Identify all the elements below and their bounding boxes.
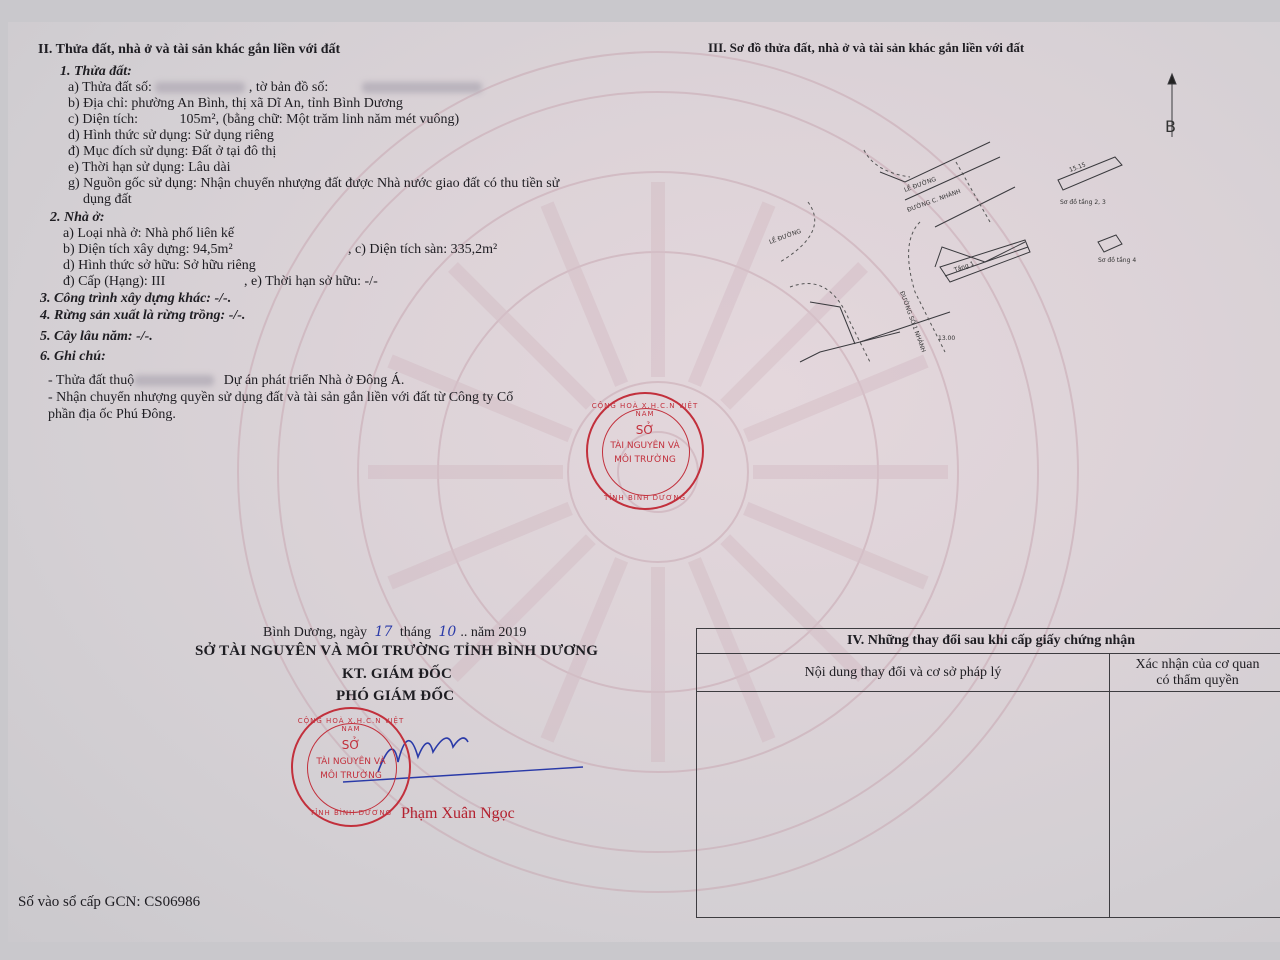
parcel-map-diagram: B Sơ đồ tầng 2, 3 Sơ đồ tầng 4 LỀ ĐƯỜNG … — [760, 62, 1200, 372]
perennial-trees: 5. Cây lâu năm: -/-. — [40, 329, 153, 345]
changes-col-confirmation: Xác nhận của cơ quan có thẩm quyền — [1110, 654, 1280, 692]
redacted-note — [134, 375, 214, 386]
floor-plan-4-label: Sơ đồ tầng 4 — [1098, 256, 1136, 264]
changes-col-content: Nội dung thay đổi và cơ sở pháp lý — [697, 654, 1110, 692]
map-sheet-label: , tờ bản đồ số: — [249, 80, 328, 95]
certificate-page: II. Thửa đất, nhà ở và tài sản khác gắn … — [8, 22, 1280, 942]
section3-title: III. Sơ đồ thửa đất, nhà ở và tài sản kh… — [708, 40, 1024, 56]
land-address: b) Địa chỉ: phường An Bình, thị xã Dĩ An… — [68, 96, 403, 112]
signer-role: PHÓ GIÁM ĐỐC — [336, 688, 454, 705]
date-month: 10 — [438, 624, 456, 640]
house-type: a) Loại nhà ở: Nhà phố liên kế — [63, 226, 234, 242]
stamp-bottom-text: TỈNH BÌNH DƯƠNG — [588, 494, 702, 502]
house-grade: đ) Cấp (Hạng): III — [63, 274, 165, 290]
other-works: 3. Công trình xây dựng khác: -/-. — [40, 291, 231, 307]
stamp2-line1: SỞ — [293, 739, 409, 752]
changes-content-cell — [697, 692, 1110, 918]
confirmation-line1: Xác nhận của cơ quan — [1111, 657, 1280, 673]
signer-kt: KT. GIÁM ĐỐC — [342, 666, 452, 683]
registry-number: Số vào sổ cấp GCN: CS06986 — [18, 894, 200, 911]
stamp2-bottom-text: TỈNH BÌNH DƯƠNG — [293, 809, 409, 817]
date-prefix: Bình Dương, ngày — [263, 625, 367, 640]
land-use-purpose: đ) Mục đích sử dụng: Đất ở tại đô thị — [68, 144, 276, 160]
note-project-post: Dự án phát triển Nhà ở Đông Á. — [224, 373, 405, 388]
land-origin: g) Nguồn gốc sử dụng: Nhận chuyển nhượng… — [68, 176, 559, 192]
planted-forest: 4. Rừng sản xuất là rừng trồng: -/-. — [40, 308, 245, 324]
note-project-pre: - Thửa đất thuộ — [48, 373, 134, 388]
map-road-v-label: ĐƯỜNG SỐ 1 NHÁNH — [898, 290, 928, 353]
parcel-label: a) Thửa đất số: — [68, 80, 152, 95]
land-heading: 1. Thửa đất: — [60, 64, 132, 80]
official-stamp-signature: CỘNG HOÀ X.H.C.N VIỆT NAM SỞ TÀI NGUYÊN … — [291, 707, 411, 827]
land-origin-cont: dụng đất — [83, 192, 132, 208]
map-dimension-label: 13.00 — [938, 335, 955, 342]
stamp-line1: SỞ — [588, 424, 702, 437]
house-ownership: d) Hình thức sở hữu: Sở hữu riêng — [63, 258, 256, 274]
house-heading: 2. Nhà ở: — [50, 210, 105, 226]
area-label: c) Diện tích: — [68, 112, 138, 127]
changes-table-title: IV. Những thay đổi sau khi cấp giấy chứn… — [697, 629, 1280, 654]
land-parcel-number: a) Thửa đất số: , tờ bản đồ số: — [68, 80, 482, 96]
signer-name: Phạm Xuân Ngọc — [401, 805, 515, 823]
house-build-area: b) Diện tích xây dựng: 94,5m² — [63, 242, 233, 258]
changes-table: IV. Những thay đổi sau khi cấp giấy chứn… — [696, 628, 1280, 918]
issue-date: Bình Dương, ngày 17 tháng 10.. năm 2019 — [263, 624, 526, 641]
date-year: năm 2019 — [471, 625, 527, 640]
stamp2-line3: MÔI TRƯỜNG — [293, 770, 409, 783]
redacted-map-sheet — [362, 82, 482, 93]
date-day: 17 — [375, 624, 393, 640]
floor-plan-2-3-label: Sơ đồ tầng 2, 3 — [1060, 198, 1106, 206]
stamp2-line2: TÀI NGUYÊN VÀ — [293, 756, 409, 769]
note-project: - Thửa đất thuộ Dự án phát triển Nhà ở Đ… — [48, 373, 404, 389]
confirmation-line2: có thẩm quyền — [1111, 673, 1280, 689]
issuing-authority: SỞ TÀI NGUYÊN VÀ MÔI TRƯỜNG TỈNH BÌNH DƯ… — [195, 643, 598, 660]
map-curb-label-2: LỀ ĐƯỜNG — [768, 227, 803, 246]
changes-confirmation-cell — [1110, 692, 1280, 918]
notes-heading: 6. Ghi chú: — [40, 349, 106, 365]
stamp-top-text: CỘNG HOÀ X.H.C.N VIỆT NAM — [588, 402, 702, 418]
official-stamp-middle: CỘNG HOÀ X.H.C.N VIỆT NAM SỞ TÀI NGUYÊN … — [586, 392, 704, 510]
land-area: c) Diện tích: 105m², (bằng chữ: Một trăm… — [68, 112, 459, 128]
house-ownership-term: , e) Thời hạn sở hữu: -/- — [244, 274, 378, 290]
stamp2-top-text: CỘNG HOÀ X.H.C.N VIỆT NAM — [293, 717, 409, 733]
map-floor1-label: Tầng 1 — [952, 259, 975, 274]
stamp-line2: TÀI NGUYÊN VÀ — [588, 440, 702, 453]
note-transfer-cont: phần địa ốc Phú Đông. — [48, 407, 176, 423]
month-prefix: tháng — [400, 625, 431, 640]
stamp-line3: MÔI TRƯỜNG — [588, 454, 702, 467]
north-arrow-label: B — [1165, 117, 1176, 136]
land-use-term: e) Thời hạn sử dụng: Lâu dài — [68, 160, 230, 176]
note-transfer: - Nhận chuyển nhượng quyền sử dụng đất v… — [48, 390, 513, 406]
map-road-c-label: ĐƯỜNG C. NHÁNH — [906, 188, 961, 214]
land-use-form: d) Hình thức sử dụng: Sử dụng riêng — [68, 128, 274, 144]
house-floor-area: , c) Diện tích sàn: 335,2m² — [348, 242, 497, 258]
area-value: 105m², (bằng chữ: Một trăm linh năm mét … — [179, 112, 459, 127]
map-curb-label: LỀ ĐƯỜNG — [903, 175, 938, 194]
section2-title: II. Thửa đất, nhà ở và tài sản khác gắn … — [38, 42, 340, 58]
redacted-parcel — [155, 82, 245, 93]
